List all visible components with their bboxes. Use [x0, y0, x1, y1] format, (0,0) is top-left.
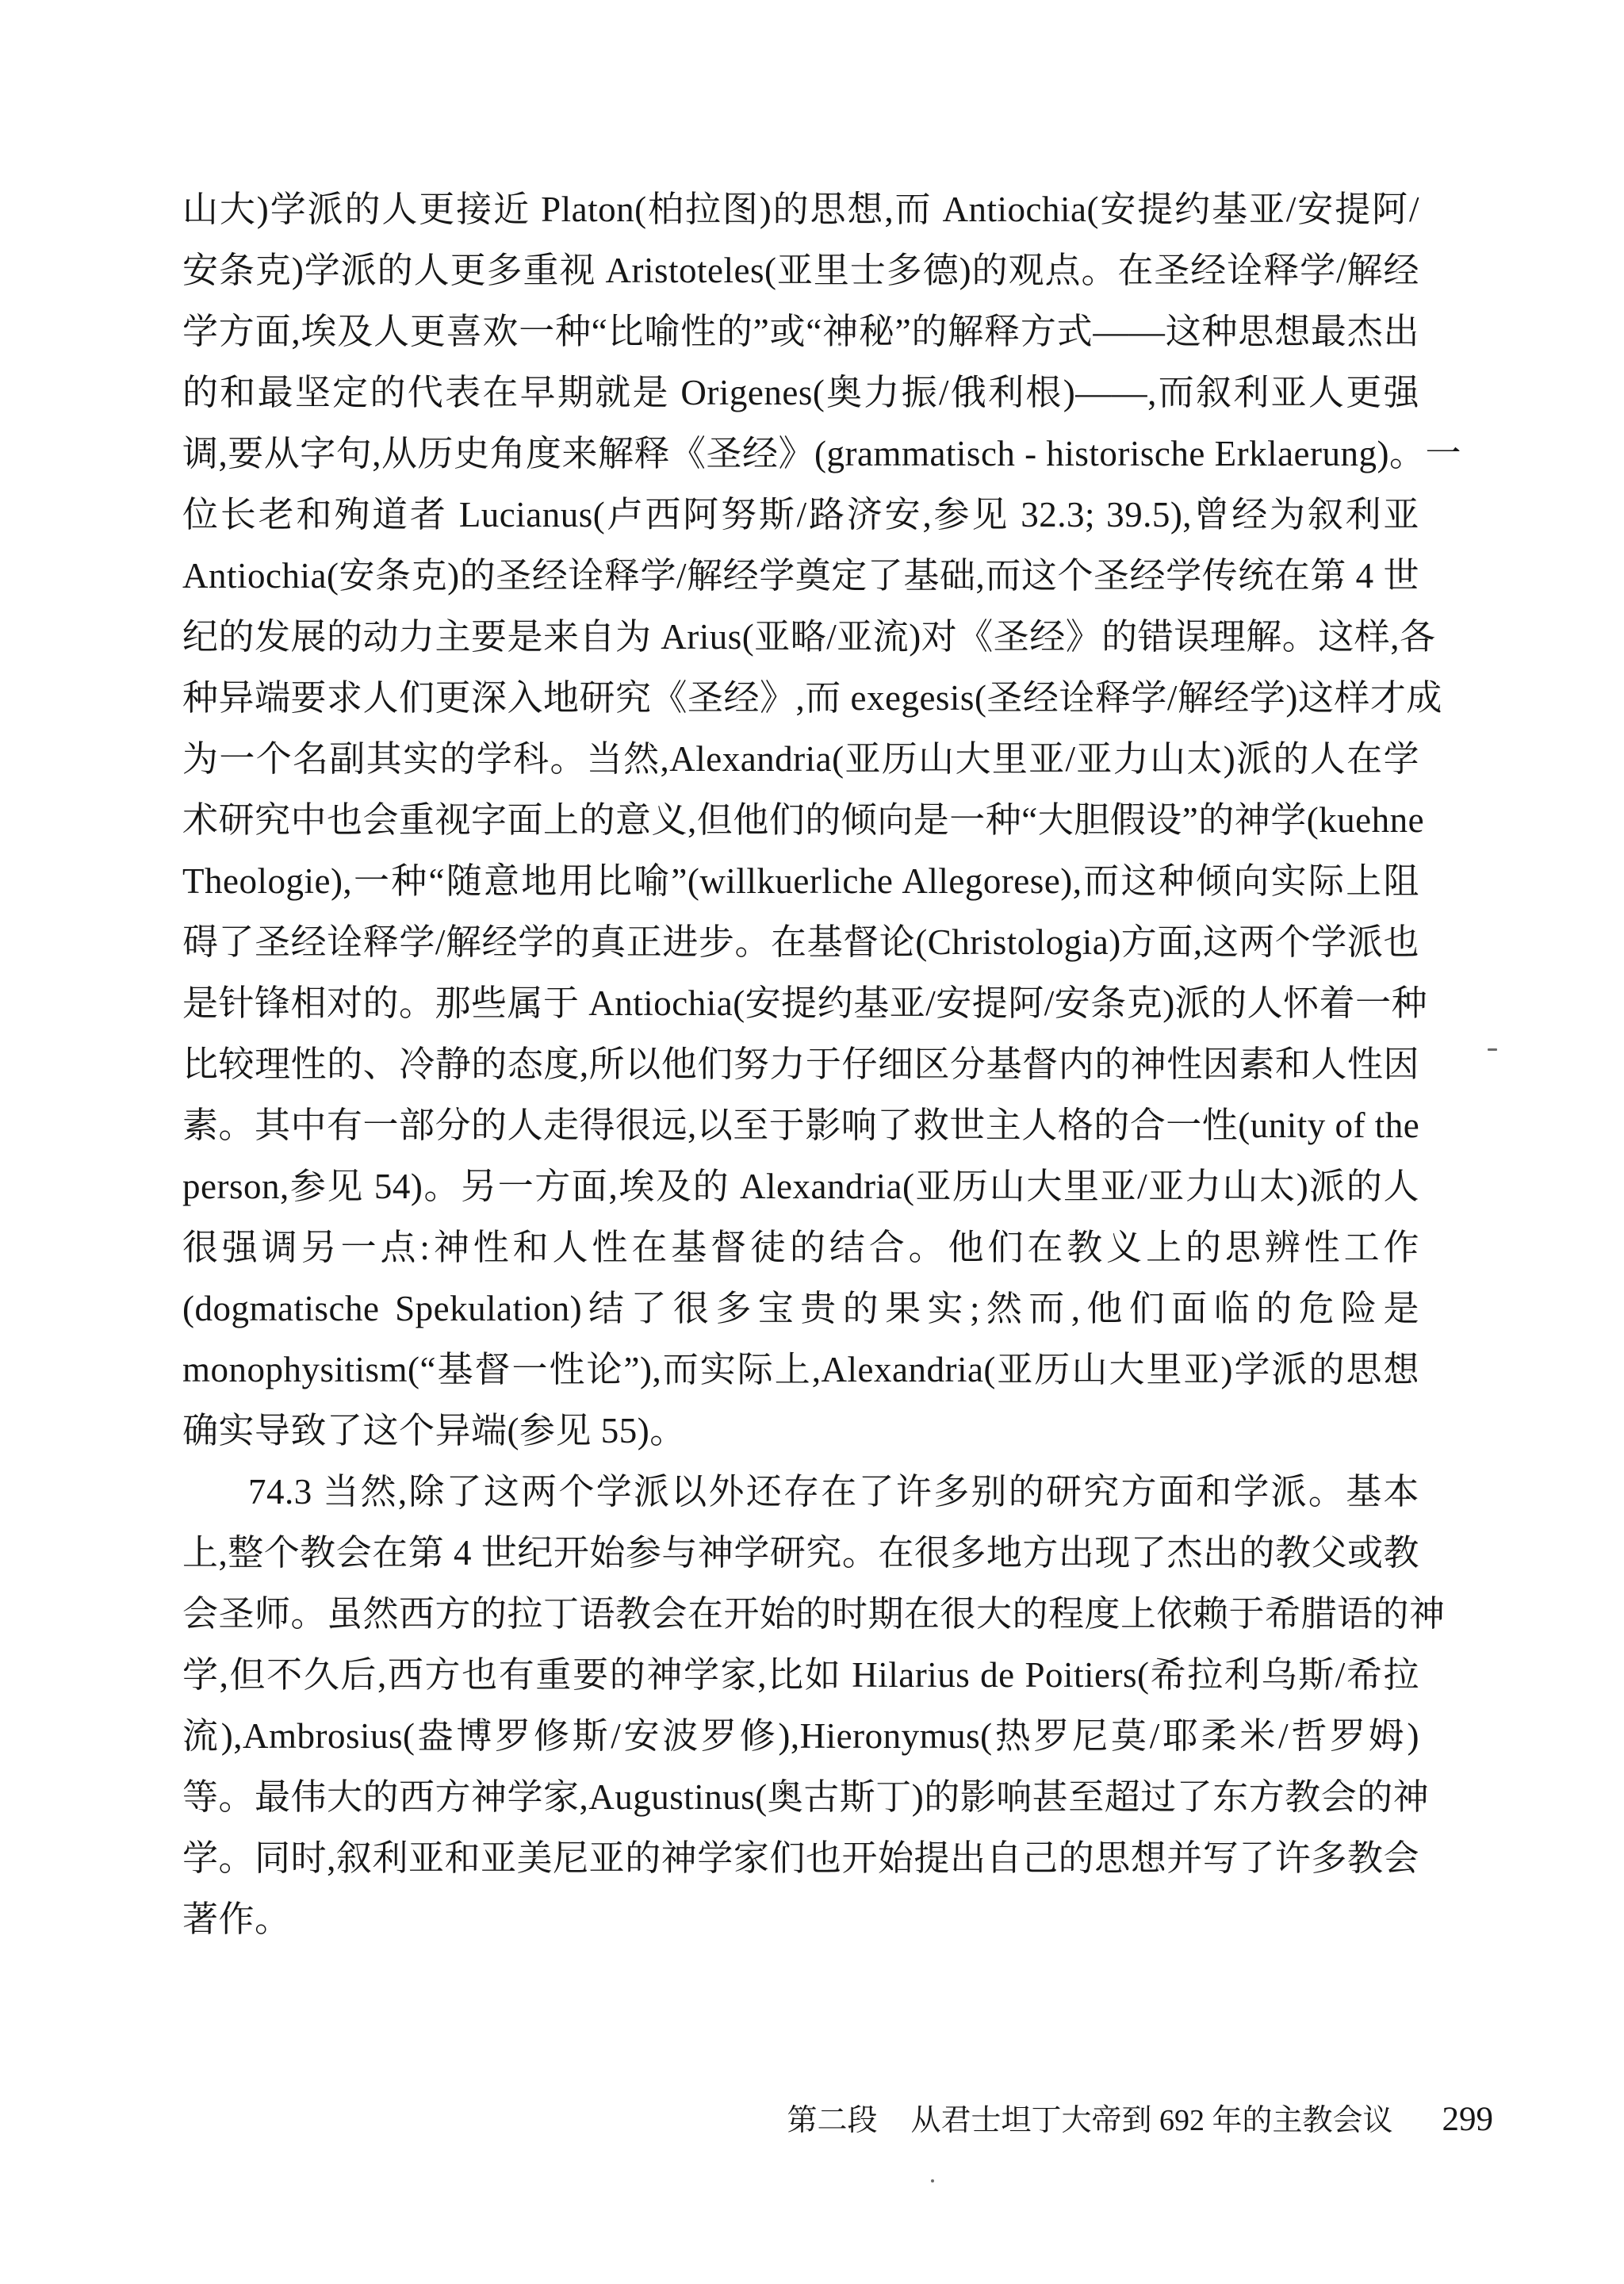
- text-line: 上,整个教会在第 4 世纪开始参与神学研究。在很多地方出现了杰出的教父或教: [182, 1523, 1419, 1584]
- text-line: 位长老和殉道者 Lucianus(卢西阿努斯/路济安,参见 32.3; 39.5…: [182, 485, 1419, 546]
- text-line: Antiochia(安条克)的圣经诠释学/解经学奠定了基础,而这个圣经学传统在第…: [182, 546, 1419, 607]
- text-line: 等。最伟大的西方神学家,Augustinus(奥古斯丁)的影响甚至超过了东方教会…: [182, 1767, 1419, 1828]
- text-line: 安条克)学派的人更多重视 Aristoteles(亚里士多德)的观点。在圣经诠释…: [182, 240, 1419, 301]
- text-line: 碍了圣经诠释学/解经学的真正进步。在基督论(Christologia)方面,这两…: [182, 912, 1419, 973]
- text-line: 素。其中有一部分的人走得很远,以至于影响了救世主人格的合一性(unity of …: [182, 1095, 1419, 1156]
- footer-page-number: 299: [1442, 2100, 1494, 2140]
- scan-speck: [838, 343, 841, 346]
- scan-speck: [631, 560, 635, 564]
- text-line: 种异端要求人们更深入地研究《圣经》,而 exegesis(圣经诠释学/解经学)这…: [182, 668, 1419, 729]
- book-page: 山大)学派的人更接近 Platon(柏拉图)的思想,而 Antiochia(安提…: [0, 0, 1624, 2284]
- text-line-paragraph-end: 确实导致了这个异端(参见 55)。: [182, 1401, 1419, 1462]
- text-line: 学,但不久后,西方也有重要的神学家,比如 Hilarius de Poitier…: [182, 1645, 1419, 1706]
- text-line: Theologie),一种“随意地用比喻”(willkuerliche Alle…: [182, 851, 1419, 912]
- footer-section-label: 第二段: [787, 2101, 877, 2140]
- text-line: 学方面,埃及人更喜欢一种“比喻性的”或“神秘”的解释方式——这种思想最杰出: [182, 301, 1419, 362]
- text-line: 术研究中也会重视字面上的意义,但他们的倾向是一种“大胆假设”的神学(kuehne: [182, 790, 1419, 851]
- text-line: 比较理性的、冷静的态度,所以他们努力于仔细区分基督内的神性因素和人性因: [182, 1034, 1419, 1095]
- text-line: 学。同时,叙利亚和亚美尼亚的神学家们也开始提出自己的思想并写了许多教会: [182, 1828, 1419, 1889]
- text-line: 为一个名副其实的学科。当然,Alexandria(亚历山大里亚/亚力山太)派的人…: [182, 729, 1419, 790]
- text-line: 的和最坚定的代表在早期就是 Origenes(奥力振/俄利根)——,而叙利亚人更…: [182, 362, 1419, 423]
- text-line: 会圣师。虽然西方的拉丁语教会在开始的时期在很大的程度上依赖于希腊语的神: [182, 1584, 1419, 1645]
- text-line: 很强调另一点:神性和人性在基督徒的结合。他们在教义上的思辨性工作: [182, 1217, 1419, 1278]
- text-line: 调,要从字句,从历史角度来解释《圣经》(grammatisch - histor…: [182, 423, 1419, 485]
- scan-speck: [931, 2179, 934, 2182]
- text-line: 是针锋相对的。那些属于 Antiochia(安提约基亚/安提阿/安条克)派的人怀…: [182, 973, 1419, 1034]
- text-line-paragraph-end: 著作。: [182, 1889, 1419, 1950]
- text-line: (dogmatische Spekulation)结了很多宝贵的果实;然而,他们…: [182, 1278, 1419, 1339]
- text-line: person,参见 54)。另一方面,埃及的 Alexandria(亚历山大里亚…: [182, 1156, 1419, 1217]
- footer-section-title: 从君士坦丁大帝到 692 年的主教会议: [910, 2101, 1392, 2140]
- running-footer: 第二段 从君士坦丁大帝到 692 年的主教会议 299: [787, 2100, 1493, 2140]
- text-line: 山大)学派的人更接近 Platon(柏拉图)的思想,而 Antiochia(安提…: [182, 179, 1419, 240]
- body-text: 山大)学派的人更接近 Platon(柏拉图)的思想,而 Antiochia(安提…: [182, 179, 1419, 1950]
- text-line-paragraph-start: 74.3 当然,除了这两个学派以外还存在了许多别的研究方面和学派。基本: [182, 1462, 1419, 1523]
- text-line: monophysitism(“基督一性论”),而实际上,Alexandria(亚…: [182, 1339, 1419, 1401]
- text-line: 流),Ambrosius(盎博罗修斯/安波罗修),Hieronymus(热罗尼莫…: [182, 1706, 1419, 1767]
- scan-speck: [1488, 1048, 1497, 1051]
- text-line: 纪的发展的动力主要是来自为 Arius(亚略/亚流)对《圣经》的错误理解。这样,…: [182, 607, 1419, 668]
